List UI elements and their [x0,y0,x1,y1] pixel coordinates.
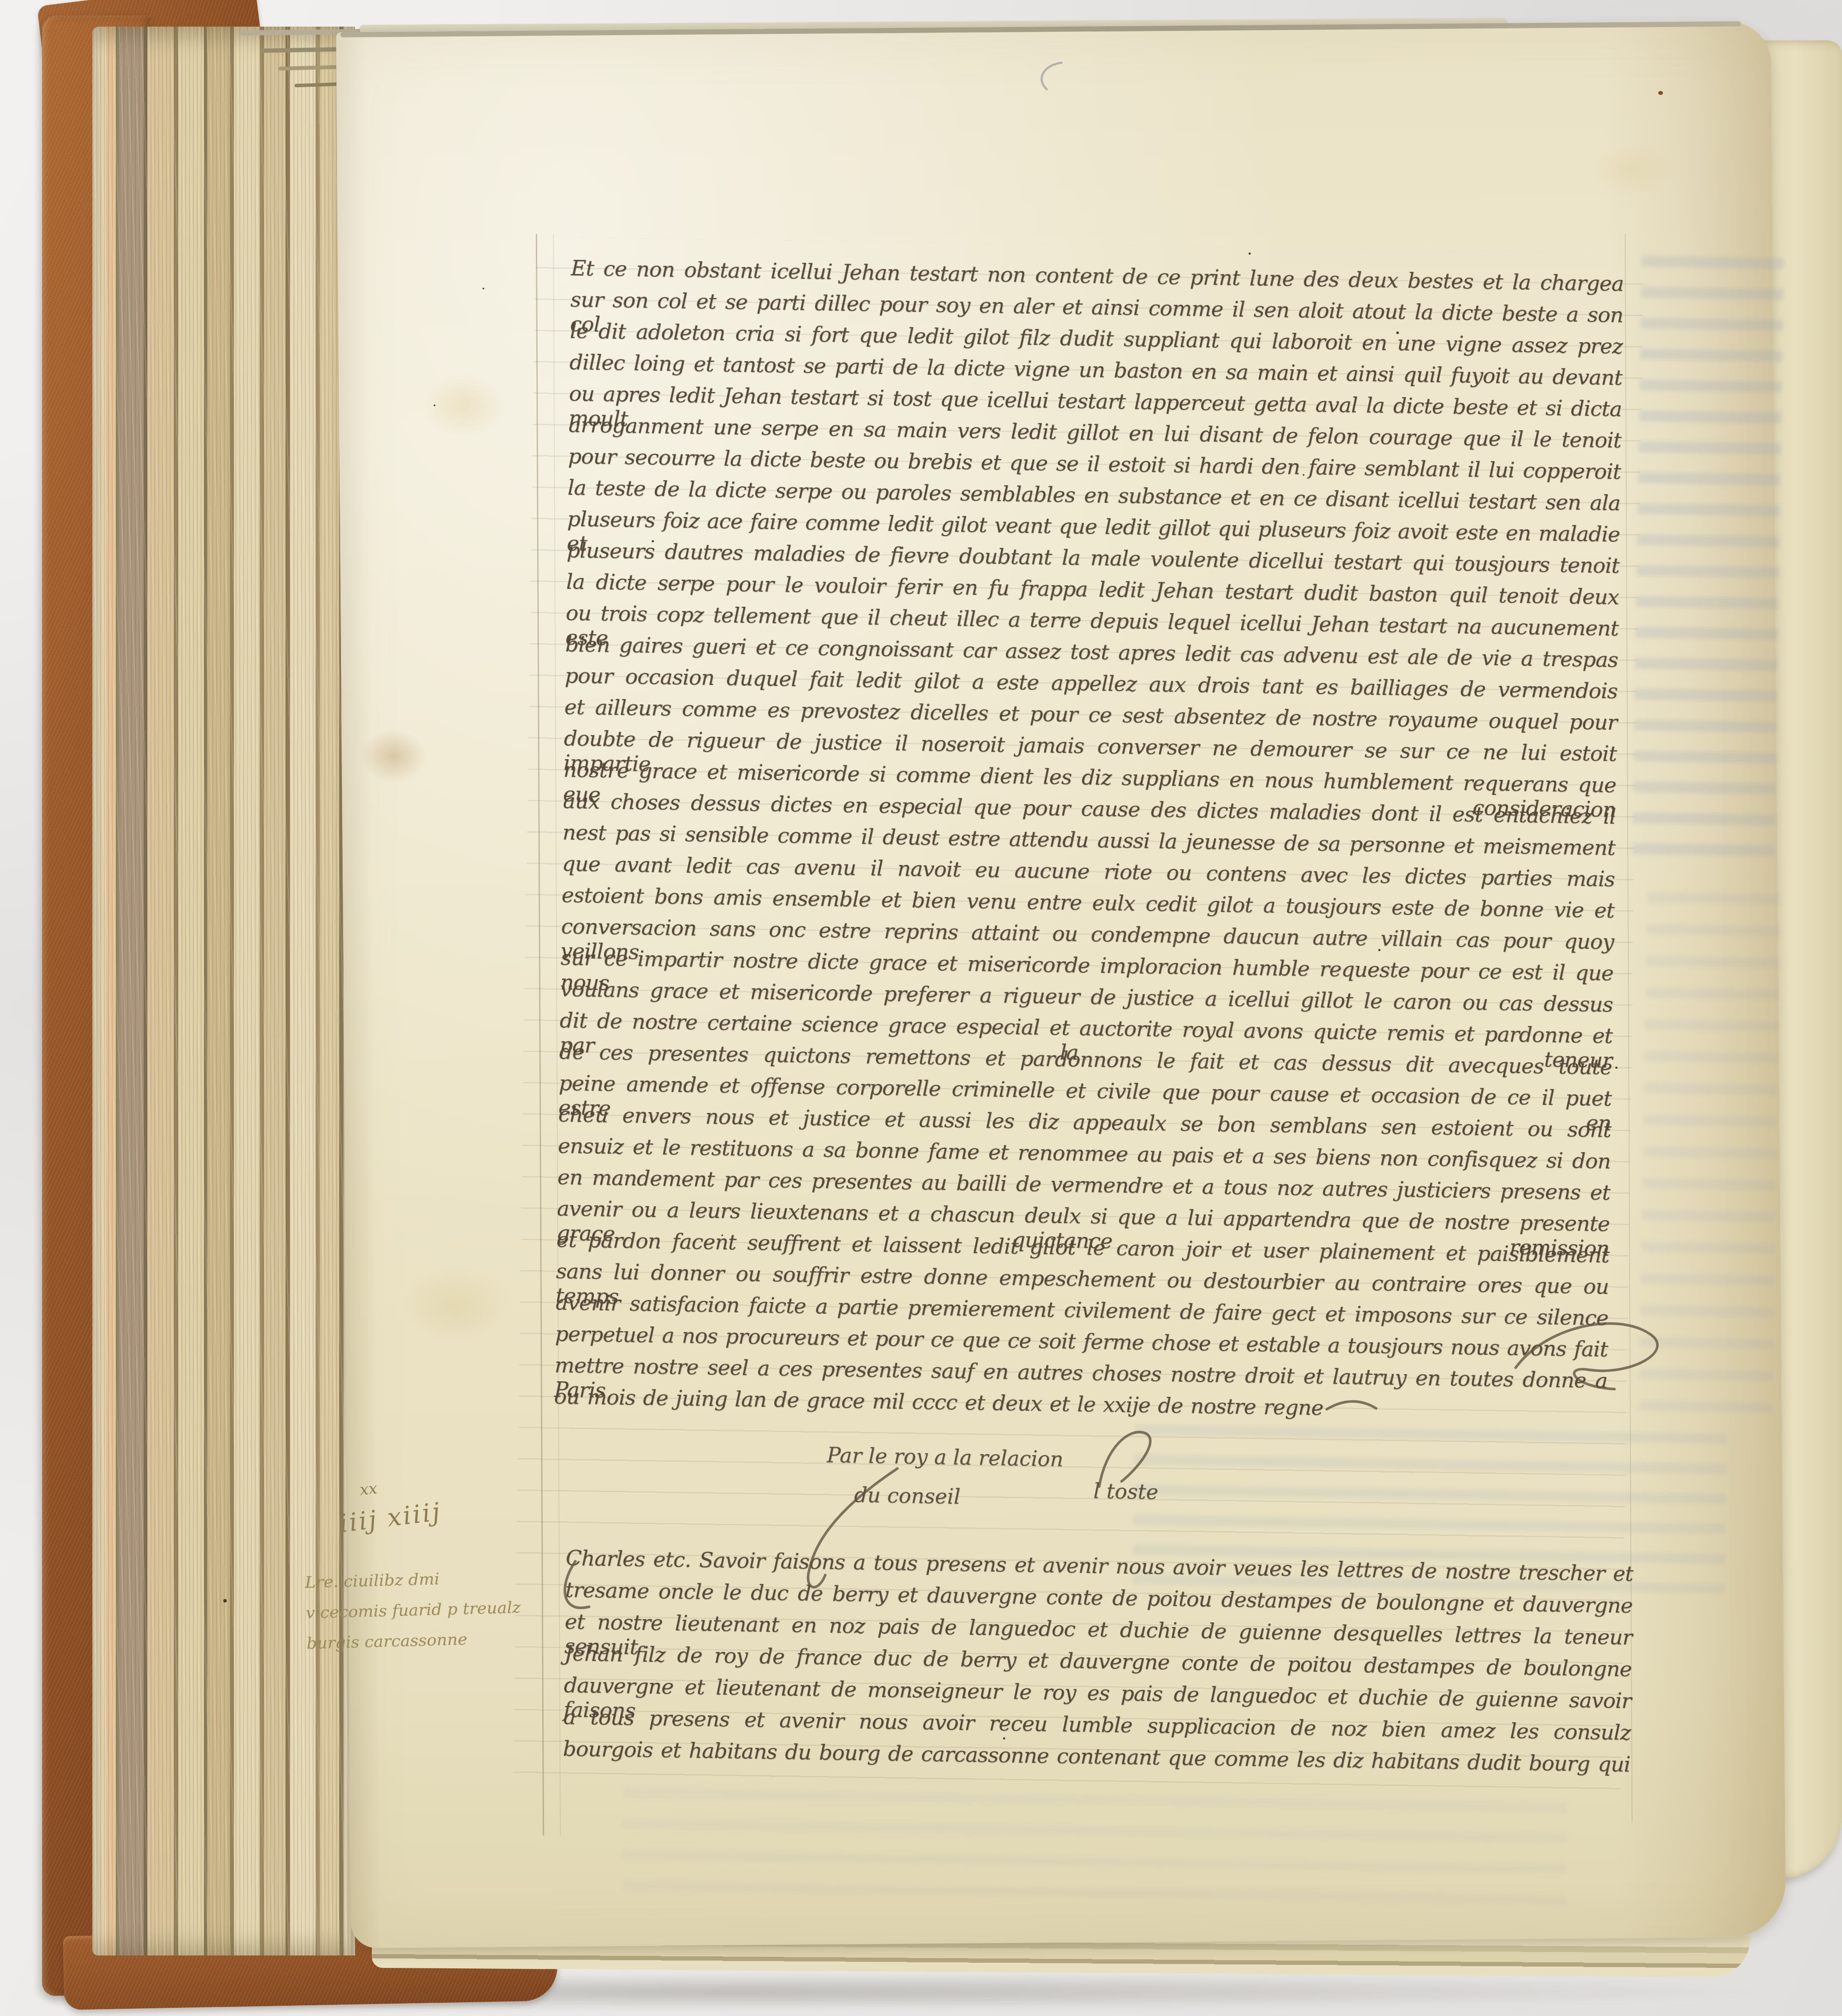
photo-backdrop: Et ce non obstant icellui Jehan testart … [0,0,1842,2016]
page-edges-stack [92,27,355,1955]
ink-speck [434,404,435,406]
ink-speck [1396,331,1399,334]
parchment-stain [1589,142,1675,198]
rust-speck [1658,91,1663,95]
letter2-text-block: Charles etc. Savoir faisons a tous prese… [562,1546,1633,1784]
ink-bleed-through [622,1788,1568,1906]
chancery-note-conseil: du conseil [815,1482,1000,1509]
parchment-stain [399,1267,511,1344]
ink-speck [1003,1737,1005,1739]
ink-bleed-through [1638,892,1781,1423]
ink-speck [483,288,484,289]
ink-speck [1378,949,1380,951]
ink-speck [1303,474,1304,476]
margin-note: Lre. ciuilibz dmivicecomis fuarid p treu… [304,1560,564,1659]
ink-bleed-through [1632,255,1784,867]
ink-speck [652,540,654,542]
ink-speck [1249,252,1251,255]
ink-speck [223,1599,227,1602]
letter1-text-block: Et ce non obstant icellui Jehan testart … [554,256,1624,1431]
ink-speck [721,1235,723,1236]
ink-speck [1615,1067,1617,1069]
parchment-stain [359,728,428,784]
clerk-signature: l toste [1053,1478,1199,1505]
folio-number-superscript: xx [359,1480,378,1499]
chancery-note-par-le-roy: Par le roy a la relacion [797,1443,1094,1472]
